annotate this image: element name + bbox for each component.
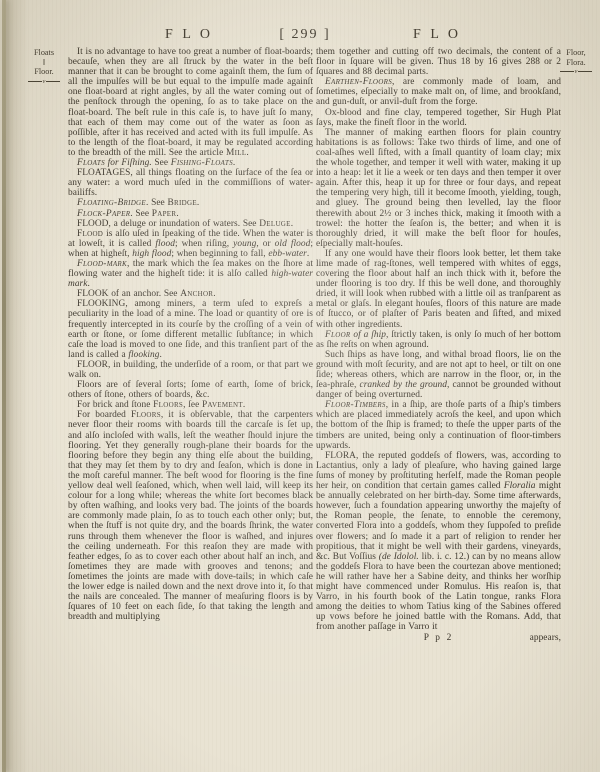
paragraph: For boarded Floors, it is obſervable, th… [68,410,313,622]
paragraph: FLOOK of an anchor. See Anchor. [68,289,313,299]
gutter-shadow [6,0,28,772]
paragraph: Floors are of ſeveral ſorts; ſome of ear… [68,380,313,400]
signature-mark: P p 2 [424,633,454,643]
paragraph: FLOATAGES, all things floating on the ſu… [68,168,313,198]
paragraph: FLOOD, a deluge or inundation of waters.… [68,219,313,229]
margin-swash-ornament: v [556,69,596,74]
paragraph: FLORA, the reputed goddeſs of flowers, w… [316,451,561,633]
catchword: appears, [453,633,561,643]
margin-note-left: Floats ‖ Floor. v [22,48,66,84]
column-paragraphs: them together and cutting off two decima… [316,47,561,632]
running-title-left: F L O [165,27,213,43]
margin-swash-ornament: v [22,79,66,84]
paragraph: Ox-blood and fine clay, tempered togethe… [316,108,561,128]
paragraph: Flock-Paper. See Paper. [68,209,313,219]
paragraph: It is no advantage to have too great a n… [68,47,313,158]
running-head: F L O [ 299 ] F L O [0,27,600,45]
text-column-right: them together and cutting off two decima… [316,47,561,643]
paragraph: Floats for Fiſhing. See Fishing-Floats. [68,158,313,168]
paragraph: For brick and ſtone Floors, ſee Pavement… [68,400,313,410]
paragraph: Floating-Bridge. See Bridge. [68,198,313,208]
paragraph: Floor of a ſhip, ſtrictly taken, is only… [316,330,561,350]
margin-note-right: Floor, Flora. v [556,48,596,74]
paragraph: Such ſhips as have long, and withal broa… [316,350,561,400]
page-number: [ 299 ] [279,27,330,43]
footer-row: P p 2 appears, [316,633,561,643]
paragraph: them together and cutting off two decima… [316,47,561,77]
margin-note-line: Flora. [556,58,596,68]
running-title-right: F L O [413,27,461,43]
paragraph: Floor-Timbers, in a ſhip, are thoſe part… [316,400,561,450]
paragraph: If any one would have their floors look … [316,249,561,330]
paragraph: The manner of making earthen floors for … [316,128,561,249]
paragraph: Flood is alſo uſed in ſpeaking of the ti… [68,229,313,259]
paragraph: Flood-mark, the mark which the ſea makes… [68,259,313,289]
margin-note-line: Floor, [556,48,596,58]
text-column-left: It is no advantage to have too great a n… [68,47,313,622]
paragraph: FLOOKING, among miners, a term uſed to e… [68,299,313,360]
paragraph: Earthen-Floors, are commonly made of loa… [316,77,561,107]
paragraph: FLOOR, in building, the underſide of a r… [68,360,313,380]
book-page: F L O [ 299 ] F L O Floats ‖ Floor. v Fl… [0,0,600,772]
margin-note-line: Floor. [22,67,66,77]
margin-note-line: Floats [22,48,66,58]
double-bar-separator: ‖ [22,58,66,68]
